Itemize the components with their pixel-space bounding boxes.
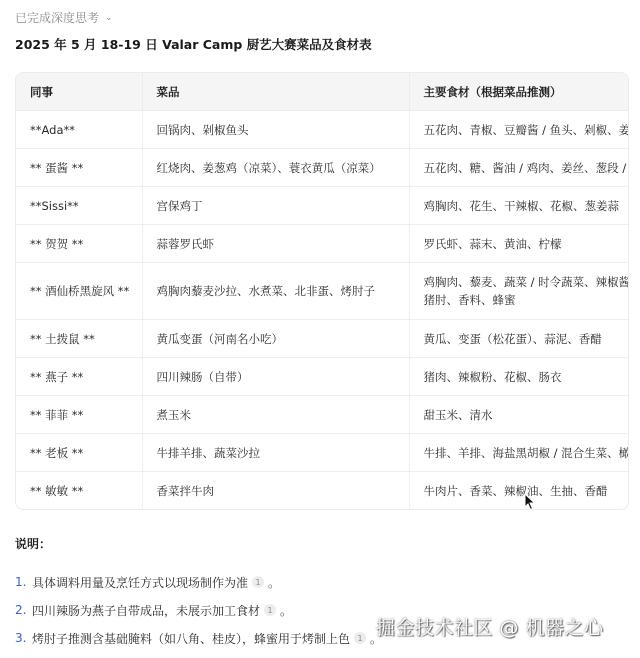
cell-dish: 鸡胸肉藜麦沙拉、水煮菜、北非蛋、烤肘子	[142, 263, 409, 320]
ingredients-line-1: 鸡胸肉、藜麦、蔬菜 / 时令蔬菜、辣椒酱	[424, 273, 630, 291]
thinking-label: 已完成深度思考	[15, 9, 99, 26]
chevron-down-icon: ⌄	[105, 13, 113, 23]
table-row: ** 老板 ** 牛排羊排、蔬菜沙拉 牛排、羊排、海盐黑胡椒 / 混合生菜、橄	[16, 434, 629, 472]
cell-dish: 黄瓜变蛋（河南名小吃）	[142, 320, 409, 358]
note-number: 3.	[15, 631, 32, 645]
cell-ingredients: 牛肉片、香菜、辣椒油、生抽、香醋	[409, 472, 629, 510]
cell-dish: 蒜蓉罗氏虾	[142, 225, 409, 263]
note-number: 2.	[15, 603, 32, 617]
ingredients-line-2: 猪肘、香料、蜂蜜	[424, 291, 630, 309]
note-end: 。	[268, 574, 280, 591]
table-row: ** 贺贺 ** 蒜蓉罗氏虾 罗氏虾、蒜末、黄油、柠檬	[16, 225, 629, 263]
table-row: ** 菲菲 ** 煮玉米 甜玉米、清水	[16, 396, 629, 434]
cell-ingredients: 猪肉、辣椒粉、花椒、肠衣	[409, 358, 629, 396]
cell-ingredients: 鸡胸肉、藜麦、蔬菜 / 时令蔬菜、辣椒酱 猪肘、香料、蜂蜜	[409, 263, 629, 320]
dish-table-container[interactable]: 同事 菜品 主要食材（根据菜品推测） **Ada** 回锅肉、剁椒鱼头 五花肉、…	[15, 72, 629, 510]
note-text: 四川辣肠为燕子自带成品，未展示加工食材	[32, 602, 260, 619]
note-item: 1. 具体调料用量及烹饪方式以现场制作为准 1 。	[15, 568, 382, 596]
watermark: 掘金技术社区 @ 机器之心	[376, 613, 604, 640]
cell-dish: 红烧肉、姜葱鸡（凉菜）、蓑衣黄瓜（凉菜）	[142, 149, 409, 187]
table-row: ** 酒仙桥黑旋风 ** 鸡胸肉藜麦沙拉、水煮菜、北非蛋、烤肘子 鸡胸肉、藜麦、…	[16, 263, 629, 320]
table-row: **Sissi** 宫保鸡丁 鸡胸肉、花生、干辣椒、花椒、葱姜蒜	[16, 187, 629, 225]
page-title: 2025 年 5 月 18-19 日 Valar Camp 厨艺大赛菜品及食材表	[15, 35, 372, 53]
table-header-row: 同事 菜品 主要食材（根据菜品推测）	[16, 73, 629, 111]
deep-thinking-toggle[interactable]: 已完成深度思考 ⌄	[15, 9, 113, 26]
mouse-pointer-icon	[524, 493, 536, 511]
table-row: ** 燕子 ** 四川辣肠（自带） 猪肉、辣椒粉、花椒、肠衣	[16, 358, 629, 396]
note-item: 3. 烤肘子推测含基础腌料（如八角、桂皮），蜂蜜用于烤制上色 1 。	[15, 624, 382, 652]
note-number: 1.	[15, 575, 32, 589]
cell-dish: 四川辣肠（自带）	[142, 358, 409, 396]
cell-person: ** 燕子 **	[16, 358, 142, 396]
cell-ingredients: 鸡胸肉、花生、干辣椒、花椒、葱姜蒜	[409, 187, 629, 225]
cell-dish: 牛排羊排、蔬菜沙拉	[142, 434, 409, 472]
notes-heading: 说明：	[15, 535, 51, 552]
notes-list: 1. 具体调料用量及烹饪方式以现场制作为准 1 。 2. 四川辣肠为燕子自带成品…	[15, 568, 382, 652]
cell-dish: 宫保鸡丁	[142, 187, 409, 225]
citation-badge[interactable]: 1	[252, 576, 264, 588]
cell-ingredients: 黄瓜、变蛋（松花蛋）、蒜泥、香醋	[409, 320, 629, 358]
cell-ingredients: 五花肉、糖、酱油 / 鸡肉、姜丝、葱段 /	[409, 149, 629, 187]
cell-dish: 回锅肉、剁椒鱼头	[142, 111, 409, 149]
citation-badge[interactable]: 1	[354, 632, 366, 644]
cell-person: ** 土拨鼠 **	[16, 320, 142, 358]
note-text: 烤肘子推测含基础腌料（如八角、桂皮），蜂蜜用于烤制上色	[32, 630, 350, 647]
cell-dish: 香菜拌牛肉	[142, 472, 409, 510]
cell-person: ** 酒仙桥黑旋风 **	[16, 263, 142, 320]
note-end: 。	[280, 602, 292, 619]
cell-person: **Ada**	[16, 111, 142, 149]
cell-ingredients: 甜玉米、清水	[409, 396, 629, 434]
header-ingredients: 主要食材（根据菜品推测）	[409, 73, 629, 111]
header-dish: 菜品	[142, 73, 409, 111]
cell-ingredients: 罗氏虾、蒜末、黄油、柠檬	[409, 225, 629, 263]
cell-person: **Sissi**	[16, 187, 142, 225]
note-item: 2. 四川辣肠为燕子自带成品，未展示加工食材 1 。	[15, 596, 382, 624]
note-text: 具体调料用量及烹饪方式以现场制作为准	[32, 574, 248, 591]
citation-badge[interactable]: 1	[264, 604, 276, 616]
cell-person: ** 贺贺 **	[16, 225, 142, 263]
cell-ingredients: 五花肉、青椒、豆瓣酱 / 鱼头、剁椒、姜	[409, 111, 629, 149]
cell-person: ** 老板 **	[16, 434, 142, 472]
table-row: **Ada** 回锅肉、剁椒鱼头 五花肉、青椒、豆瓣酱 / 鱼头、剁椒、姜	[16, 111, 629, 149]
table-row: ** 蛋酱 ** 红烧肉、姜葱鸡（凉菜）、蓑衣黄瓜（凉菜） 五花肉、糖、酱油 /…	[16, 149, 629, 187]
cell-person: ** 敏敏 **	[16, 472, 142, 510]
cell-person: ** 蛋酱 **	[16, 149, 142, 187]
dish-table: 同事 菜品 主要食材（根据菜品推测） **Ada** 回锅肉、剁椒鱼头 五花肉、…	[16, 73, 629, 509]
cell-ingredients: 牛排、羊排、海盐黑胡椒 / 混合生菜、橄	[409, 434, 629, 472]
table-row: ** 土拨鼠 ** 黄瓜变蛋（河南名小吃） 黄瓜、变蛋（松花蛋）、蒜泥、香醋	[16, 320, 629, 358]
header-person: 同事	[16, 73, 142, 111]
table-row: ** 敏敏 ** 香菜拌牛肉 牛肉片、香菜、辣椒油、生抽、香醋	[16, 472, 629, 510]
cell-person: ** 菲菲 **	[16, 396, 142, 434]
cell-dish: 煮玉米	[142, 396, 409, 434]
